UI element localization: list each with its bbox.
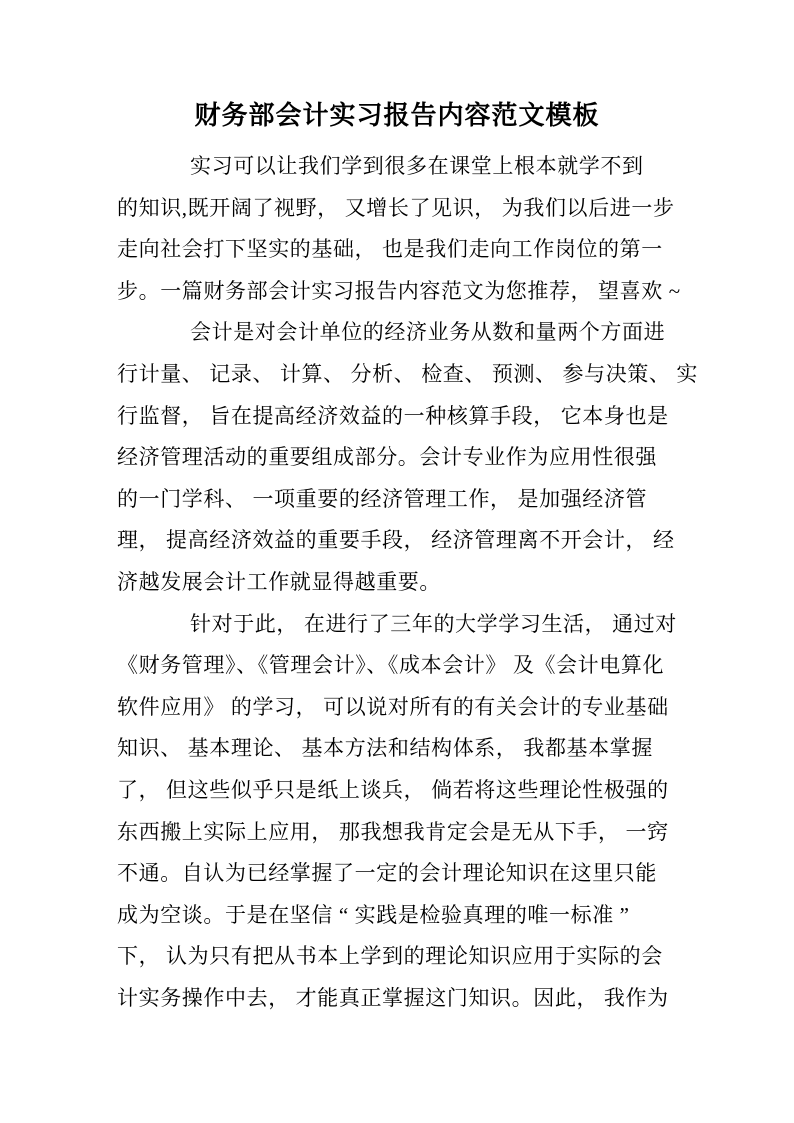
text-line: 了， 但这些似乎只是纸上谈兵， 倘若将这些理论性极强的 — [117, 770, 683, 812]
text-line: 下， 认为只有把从书本上学到的理论知识应用于实际的会 — [117, 936, 683, 978]
text-line: 的知识,既开阔了视野， 又增长了见识， 为我们以后进一步 — [117, 188, 683, 230]
text-line: 知识、 基本理论、 基本方法和结构体系， 我都基本掌握 — [117, 728, 683, 770]
text-line: 东西搬上实际上应用， 那我想我肯定会是无从下手， 一窍 — [117, 812, 683, 854]
document-page: 财务部会计实习报告内容范文模板 实习可以让我们学到很多在课堂上根本就学不到 的知… — [0, 0, 794, 1123]
text-line: 软件应用》 的学习， 可以说对所有的有关会计的专业基础 — [117, 687, 683, 729]
text-line: 步。一篇财务部会计实习报告内容范文为您推荐， 望喜欢 ~ — [117, 271, 683, 313]
text-line: 会计是对会计单位的经济业务从数和量两个方面进 — [117, 312, 683, 354]
document-body: 实习可以让我们学到很多在课堂上根本就学不到 的知识,既开阔了视野， 又增长了见识… — [117, 146, 683, 1019]
text-line: 济越发展会计工作就显得越重要。 — [117, 562, 683, 604]
text-line: 针对于此， 在进行了三年的大学学习生活， 通过对 — [117, 604, 683, 646]
text-line: 实习可以让我们学到很多在课堂上根本就学不到 — [117, 146, 683, 188]
paragraph: 针对于此， 在进行了三年的大学学习生活， 通过对 《财务管理》、《管理会计》、《… — [117, 604, 683, 1020]
text-line: 理， 提高经济效益的重要手段， 经济管理离不开会计， 经 — [117, 520, 683, 562]
document-title: 财务部会计实习报告内容范文模板 — [0, 95, 794, 137]
text-line: 计实务操作中去， 才能真正掌握这门知识。因此， 我作为 — [117, 978, 683, 1020]
text-line: 不通。自认为已经掌握了一定的会计理论知识在这里只能 — [117, 853, 683, 895]
text-line: 行监督， 旨在提高经济效益的一种核算手段， 它本身也是 — [117, 396, 683, 438]
paragraph: 会计是对会计单位的经济业务从数和量两个方面进 行计量、 记录、 计算、 分析、 … — [117, 312, 683, 603]
text-line: 成为空谈。于是在坚信 “ 实践是检验真理的唯一标准 ” — [117, 895, 683, 937]
text-line: 《财务管理》、《管理会计》、《成本会计》 及《会计电算化 — [117, 645, 683, 687]
text-line: 行计量、 记录、 计算、 分析、 检查、 预测、 参与决策、 实 — [117, 354, 683, 396]
text-line: 的一门学科、 一项重要的经济管理工作， 是加强经济管 — [117, 479, 683, 521]
text-line: 走向社会打下坚实的基础， 也是我们走向工作岗位的第一 — [117, 229, 683, 271]
text-line: 经济管理活动的重要组成部分。会计专业作为应用性很强 — [117, 437, 683, 479]
paragraph: 实习可以让我们学到很多在课堂上根本就学不到 的知识,既开阔了视野， 又增长了见识… — [117, 146, 683, 312]
